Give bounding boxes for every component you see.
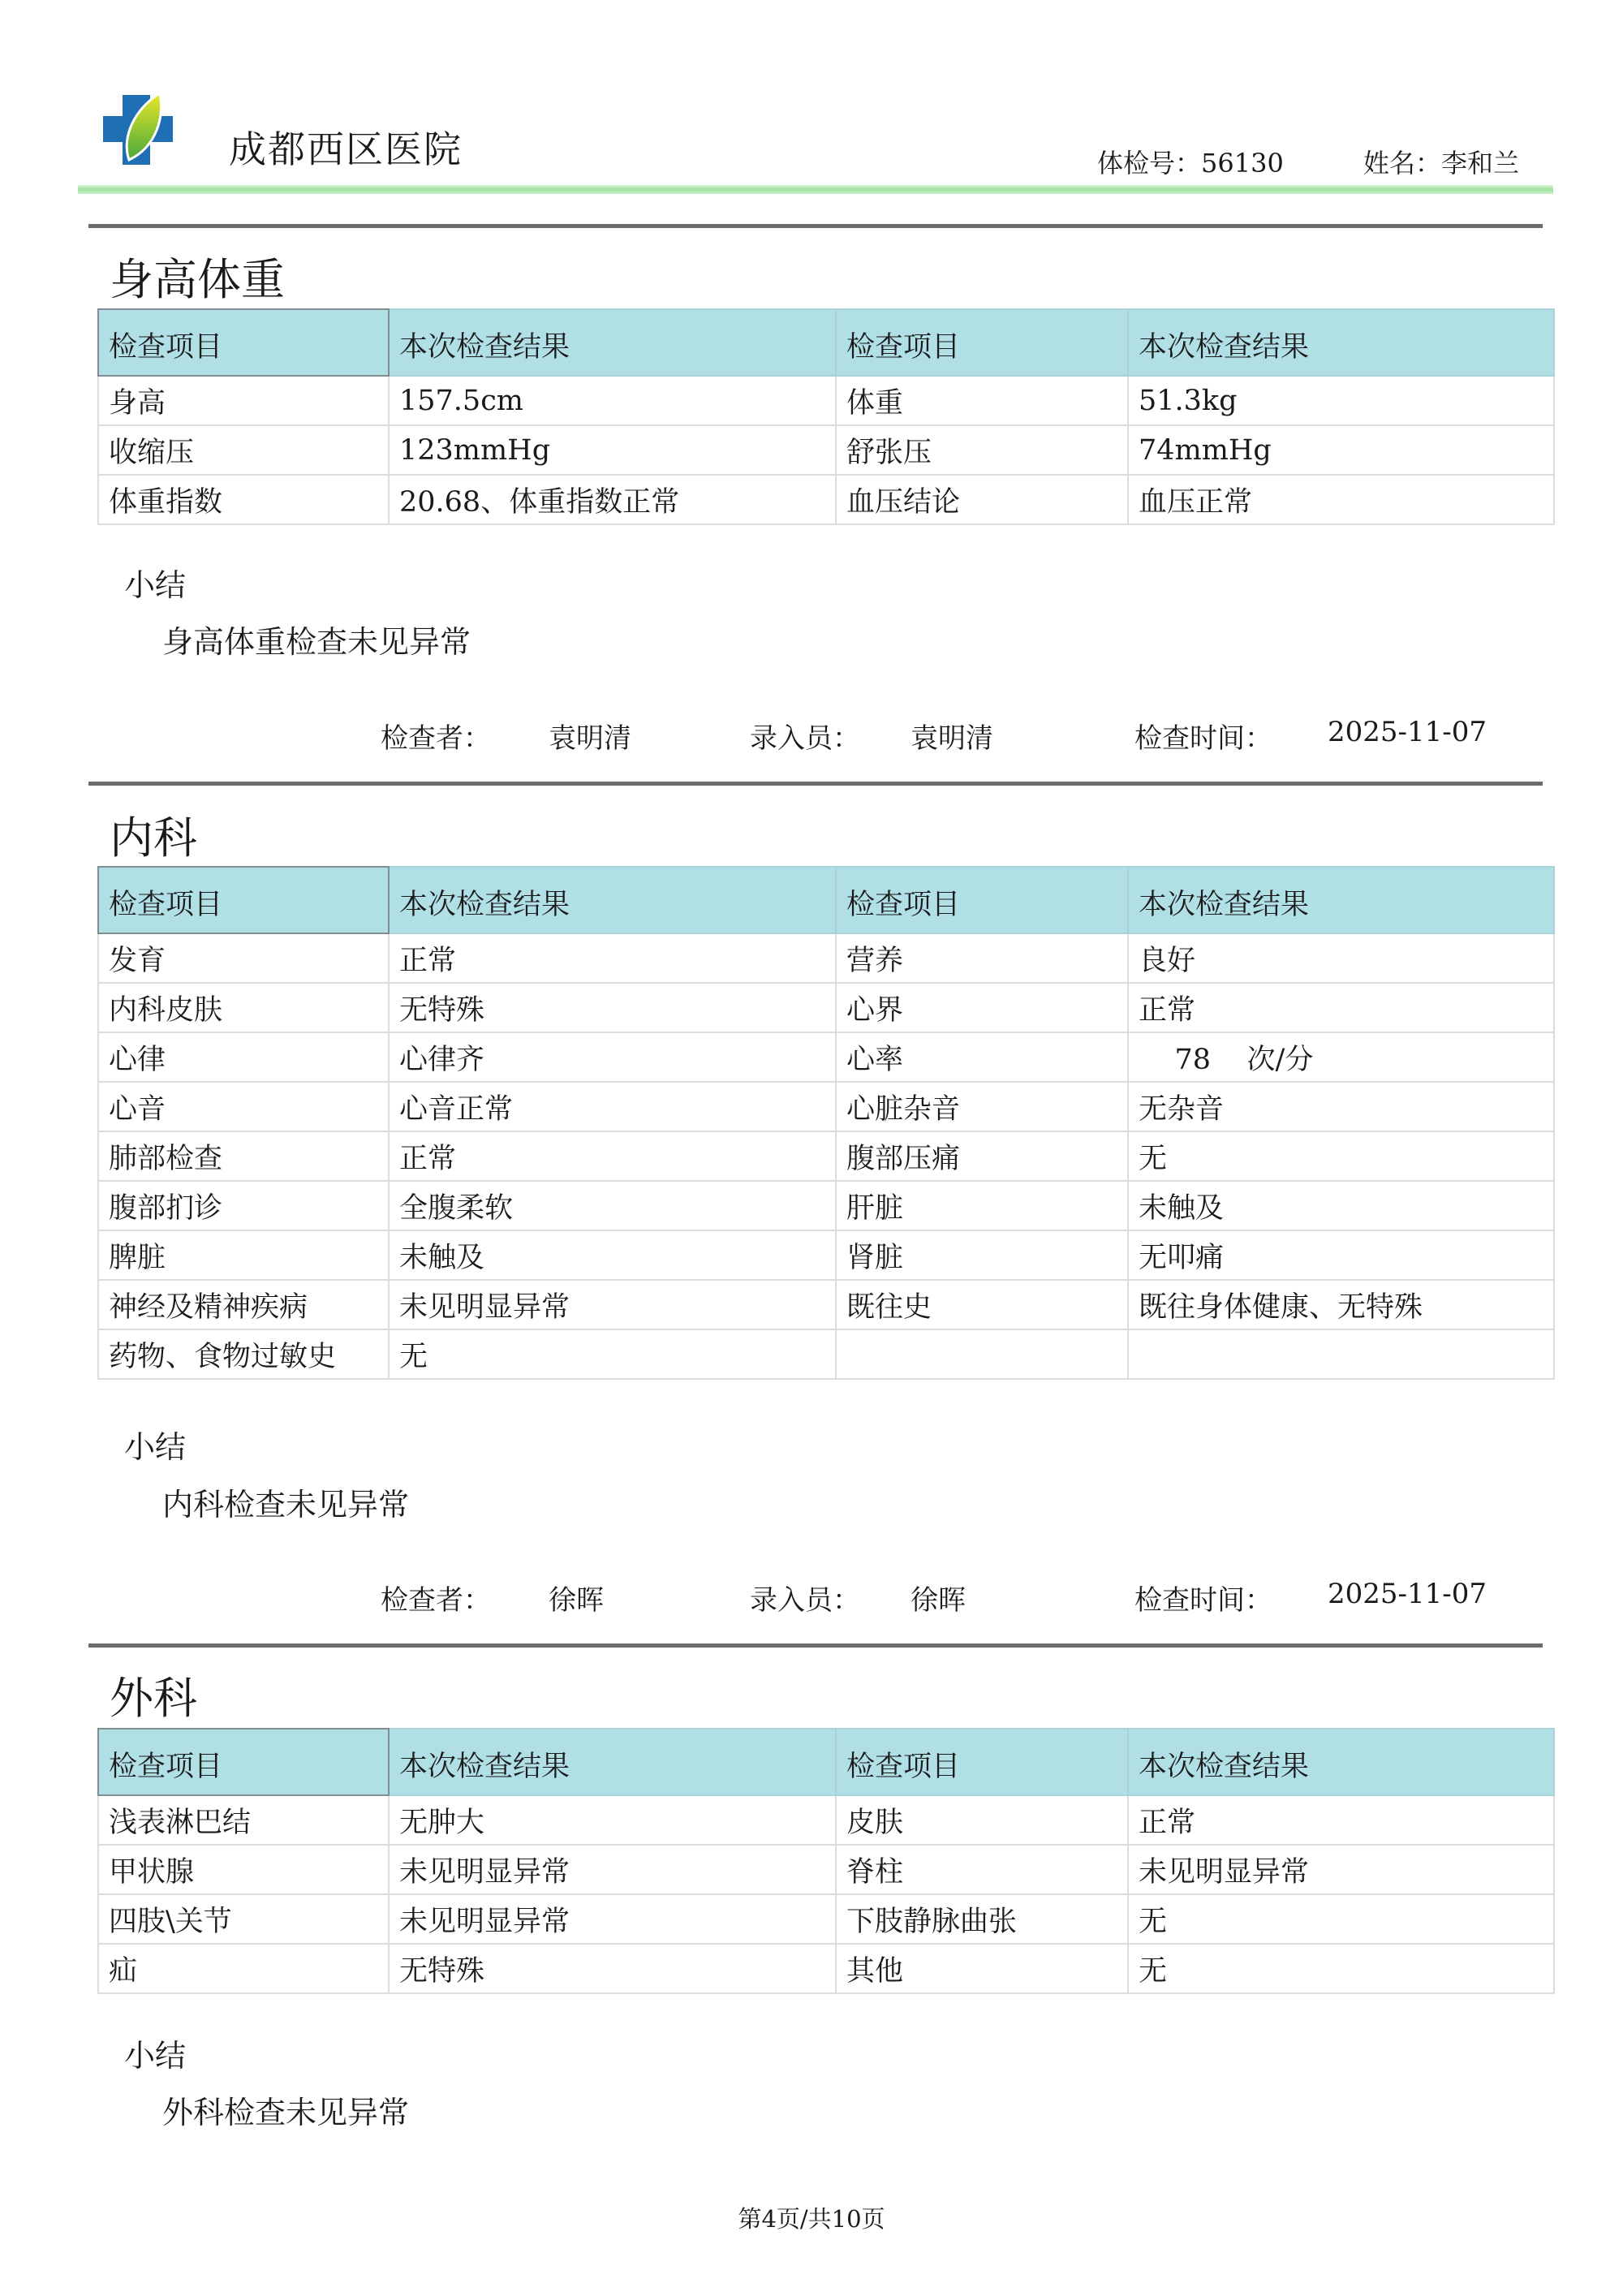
table-row: 疝 无特殊 其他 无 — [98, 1944, 1554, 1993]
col-header-item: 检查项目 — [836, 1729, 1128, 1795]
result-cell: 正常 — [1128, 1795, 1554, 1845]
item-cell: 皮肤 — [836, 1795, 1128, 1845]
result-cell: 心律齐 — [389, 1032, 836, 1082]
section-divider — [88, 782, 1543, 786]
item-cell: 舒张压 — [836, 425, 1128, 475]
summary-text: 外科检查未见异常 — [162, 2087, 409, 2132]
col-header-item: 检查项目 — [836, 309, 1128, 376]
col-header-result: 本次检查结果 — [389, 1729, 836, 1795]
item-cell: 发育 — [98, 933, 389, 983]
summary-text: 内科检查未见异常 — [162, 1480, 409, 1524]
result-cell: 无杂音 — [1128, 1082, 1554, 1131]
exam-time-value: 2025-11-07 — [1328, 716, 1487, 748]
table-row: 药物、食物过敏史 无 — [98, 1329, 1554, 1379]
result-cell: 无 — [1128, 1894, 1554, 1944]
item-cell: 心脏杂音 — [836, 1082, 1128, 1131]
item-cell: 脾脏 — [98, 1230, 389, 1280]
summary-label: 小结 — [124, 1422, 186, 1467]
result-cell: 未触及 — [389, 1230, 836, 1280]
item-cell: 身高 — [98, 376, 389, 425]
col-header-item: 检查项目 — [98, 867, 389, 933]
recorder-name: 袁明清 — [911, 716, 993, 756]
result-cell: 无 — [1128, 1131, 1554, 1181]
result-cell: 未见明显异常 — [389, 1845, 836, 1894]
exam-time-label: 检查时间： — [1134, 716, 1272, 756]
table-row: 四肢\关节 未见明显异常 下肢静脉曲张 无 — [98, 1894, 1554, 1944]
result-cell: 123mmHg — [389, 425, 836, 475]
item-cell: 血压结论 — [836, 475, 1128, 524]
recorder-label: 录入员： — [750, 1578, 860, 1618]
table-row: 甲状腺 未见明显异常 脊柱 未见明显异常 — [98, 1845, 1554, 1894]
col-header-result: 本次检查结果 — [1128, 309, 1554, 376]
item-cell: 内科皮肤 — [98, 983, 389, 1032]
result-cell: 良好 — [1128, 933, 1554, 983]
section-divider — [88, 224, 1543, 228]
result-cell: 血压正常 — [1128, 475, 1554, 524]
result-cell: 既往身体健康、无特殊 — [1128, 1280, 1554, 1329]
item-cell: 浅表淋巴结 — [98, 1795, 389, 1845]
col-header-result: 本次检查结果 — [1128, 867, 1554, 933]
examiner-name: 徐晖 — [549, 1578, 604, 1618]
result-cell: 20.68、体重指数正常 — [389, 475, 836, 524]
table-row: 收缩压 123mmHg 舒张压 74mmHg — [98, 425, 1554, 475]
item-cell: 神经及精神疾病 — [98, 1280, 389, 1329]
hospital-logo-icon — [103, 92, 174, 166]
table-row: 浅表淋巴结 无肿大 皮肤 正常 — [98, 1795, 1554, 1845]
result-cell: 157.5cm — [389, 376, 836, 425]
table-row: 心律 心律齐 心率 78 次/分 — [98, 1032, 1554, 1082]
result-cell: 无 — [389, 1329, 836, 1379]
table-row: 脾脏 未触及 肾脏 无叩痛 — [98, 1230, 1554, 1280]
col-header-result: 本次检查结果 — [389, 867, 836, 933]
recorder-label: 录入员： — [750, 716, 860, 756]
section-divider — [88, 1643, 1543, 1648]
summary-label: 小结 — [124, 560, 186, 605]
item-cell: 药物、食物过敏史 — [98, 1329, 389, 1379]
surgery-table: 检查项目 本次检查结果 检查项目 本次检查结果 浅表淋巴结 无肿大 皮肤 正常 … — [97, 1728, 1555, 1994]
result-cell: 78 次/分 — [1128, 1032, 1554, 1082]
col-header-result: 本次检查结果 — [389, 309, 836, 376]
item-cell: 体重指数 — [98, 475, 389, 524]
item-cell: 体重 — [836, 376, 1128, 425]
result-cell — [1128, 1329, 1554, 1379]
item-cell — [836, 1329, 1128, 1379]
col-header-result: 本次检查结果 — [1128, 1729, 1554, 1795]
table-row: 内科皮肤 无特殊 心界 正常 — [98, 983, 1554, 1032]
item-cell: 营养 — [836, 933, 1128, 983]
patient-name-label: 姓名： — [1363, 148, 1441, 179]
patient-name-value: 李和兰 — [1441, 148, 1519, 179]
page-number: 第4页/共10页 — [0, 2201, 1623, 2234]
table-row: 神经及精神疾病 未见明显异常 既往史 既往身体健康、无特殊 — [98, 1280, 1554, 1329]
table-header-row: 检查项目 本次检查结果 检查项目 本次检查结果 — [98, 1729, 1554, 1795]
result-cell: 未见明显异常 — [389, 1280, 836, 1329]
result-cell: 74mmHg — [1128, 425, 1554, 475]
table-row: 心音 心音正常 心脏杂音 无杂音 — [98, 1082, 1554, 1131]
examiner-label: 检查者： — [381, 1578, 491, 1618]
result-cell: 未见明显异常 — [389, 1894, 836, 1944]
height-weight-table: 检查项目 本次检查结果 检查项目 本次检查结果 身高 157.5cm 体重 51… — [97, 308, 1555, 525]
result-cell: 全腹柔软 — [389, 1181, 836, 1230]
result-cell: 无叩痛 — [1128, 1230, 1554, 1280]
hospital-name: 成都西区医院 — [229, 120, 463, 174]
item-cell: 既往史 — [836, 1280, 1128, 1329]
exam-number-label: 体检号： — [1097, 148, 1201, 179]
result-cell: 无特殊 — [389, 1944, 836, 1993]
result-cell: 心音正常 — [389, 1082, 836, 1131]
table-row: 发育 正常 营养 良好 — [98, 933, 1554, 983]
section-title-surgery: 外科 — [110, 1664, 197, 1726]
item-cell: 腹部扪诊 — [98, 1181, 389, 1230]
table-row: 身高 157.5cm 体重 51.3kg — [98, 376, 1554, 425]
item-cell: 肝脏 — [836, 1181, 1128, 1230]
recorder-name: 徐晖 — [911, 1578, 966, 1618]
result-cell: 无特殊 — [389, 983, 836, 1032]
exam-number-value: 56130 — [1201, 148, 1284, 179]
item-cell: 腹部压痛 — [836, 1131, 1128, 1181]
item-cell: 心率 — [836, 1032, 1128, 1082]
result-cell: 未触及 — [1128, 1181, 1554, 1230]
internal-medicine-table: 检查项目 本次检查结果 检查项目 本次检查结果 发育 正常 营养 良好 内科皮肤… — [97, 866, 1555, 1380]
result-cell: 未见明显异常 — [1128, 1845, 1554, 1894]
exam-number: 体检号：56130 — [1097, 143, 1284, 180]
table-header-row: 检查项目 本次检查结果 检查项目 本次检查结果 — [98, 309, 1554, 376]
item-cell: 收缩压 — [98, 425, 389, 475]
item-cell: 心律 — [98, 1032, 389, 1082]
table-row: 腹部扪诊 全腹柔软 肝脏 未触及 — [98, 1181, 1554, 1230]
item-cell: 下肢静脉曲张 — [836, 1894, 1128, 1944]
exam-time-label: 检查时间： — [1134, 1578, 1272, 1618]
table-row: 体重指数 20.68、体重指数正常 血压结论 血压正常 — [98, 475, 1554, 524]
result-cell: 正常 — [389, 1131, 836, 1181]
col-header-item: 检查项目 — [98, 1729, 389, 1795]
item-cell: 心音 — [98, 1082, 389, 1131]
item-cell: 肺部检查 — [98, 1131, 389, 1181]
table-row: 肺部检查 正常 腹部压痛 无 — [98, 1131, 1554, 1181]
result-cell: 正常 — [389, 933, 836, 983]
result-cell: 51.3kg — [1128, 376, 1554, 425]
col-header-item: 检查项目 — [98, 309, 389, 376]
section-title-height-weight: 身高体重 — [110, 245, 285, 308]
section-title-internal-medicine: 内科 — [110, 803, 197, 866]
result-cell: 无肿大 — [389, 1795, 836, 1845]
item-cell: 疝 — [98, 1944, 389, 1993]
item-cell: 其他 — [836, 1944, 1128, 1993]
table-header-row: 检查项目 本次检查结果 检查项目 本次检查结果 — [98, 867, 1554, 933]
exam-time-value: 2025-11-07 — [1328, 1578, 1487, 1610]
item-cell: 心界 — [836, 983, 1128, 1032]
col-header-item: 检查项目 — [836, 867, 1128, 933]
header-band — [78, 185, 1553, 194]
patient-name: 姓名：李和兰 — [1363, 143, 1519, 180]
item-cell: 肾脏 — [836, 1230, 1128, 1280]
summary-text: 身高体重检查未见异常 — [162, 617, 471, 661]
item-cell: 四肢\关节 — [98, 1894, 389, 1944]
item-cell: 甲状腺 — [98, 1845, 389, 1894]
item-cell: 脊柱 — [836, 1845, 1128, 1894]
result-cell: 正常 — [1128, 983, 1554, 1032]
summary-label: 小结 — [124, 2031, 186, 2075]
result-cell: 无 — [1128, 1944, 1554, 1993]
examiner-name: 袁明清 — [549, 716, 631, 756]
examiner-label: 检查者： — [381, 716, 491, 756]
